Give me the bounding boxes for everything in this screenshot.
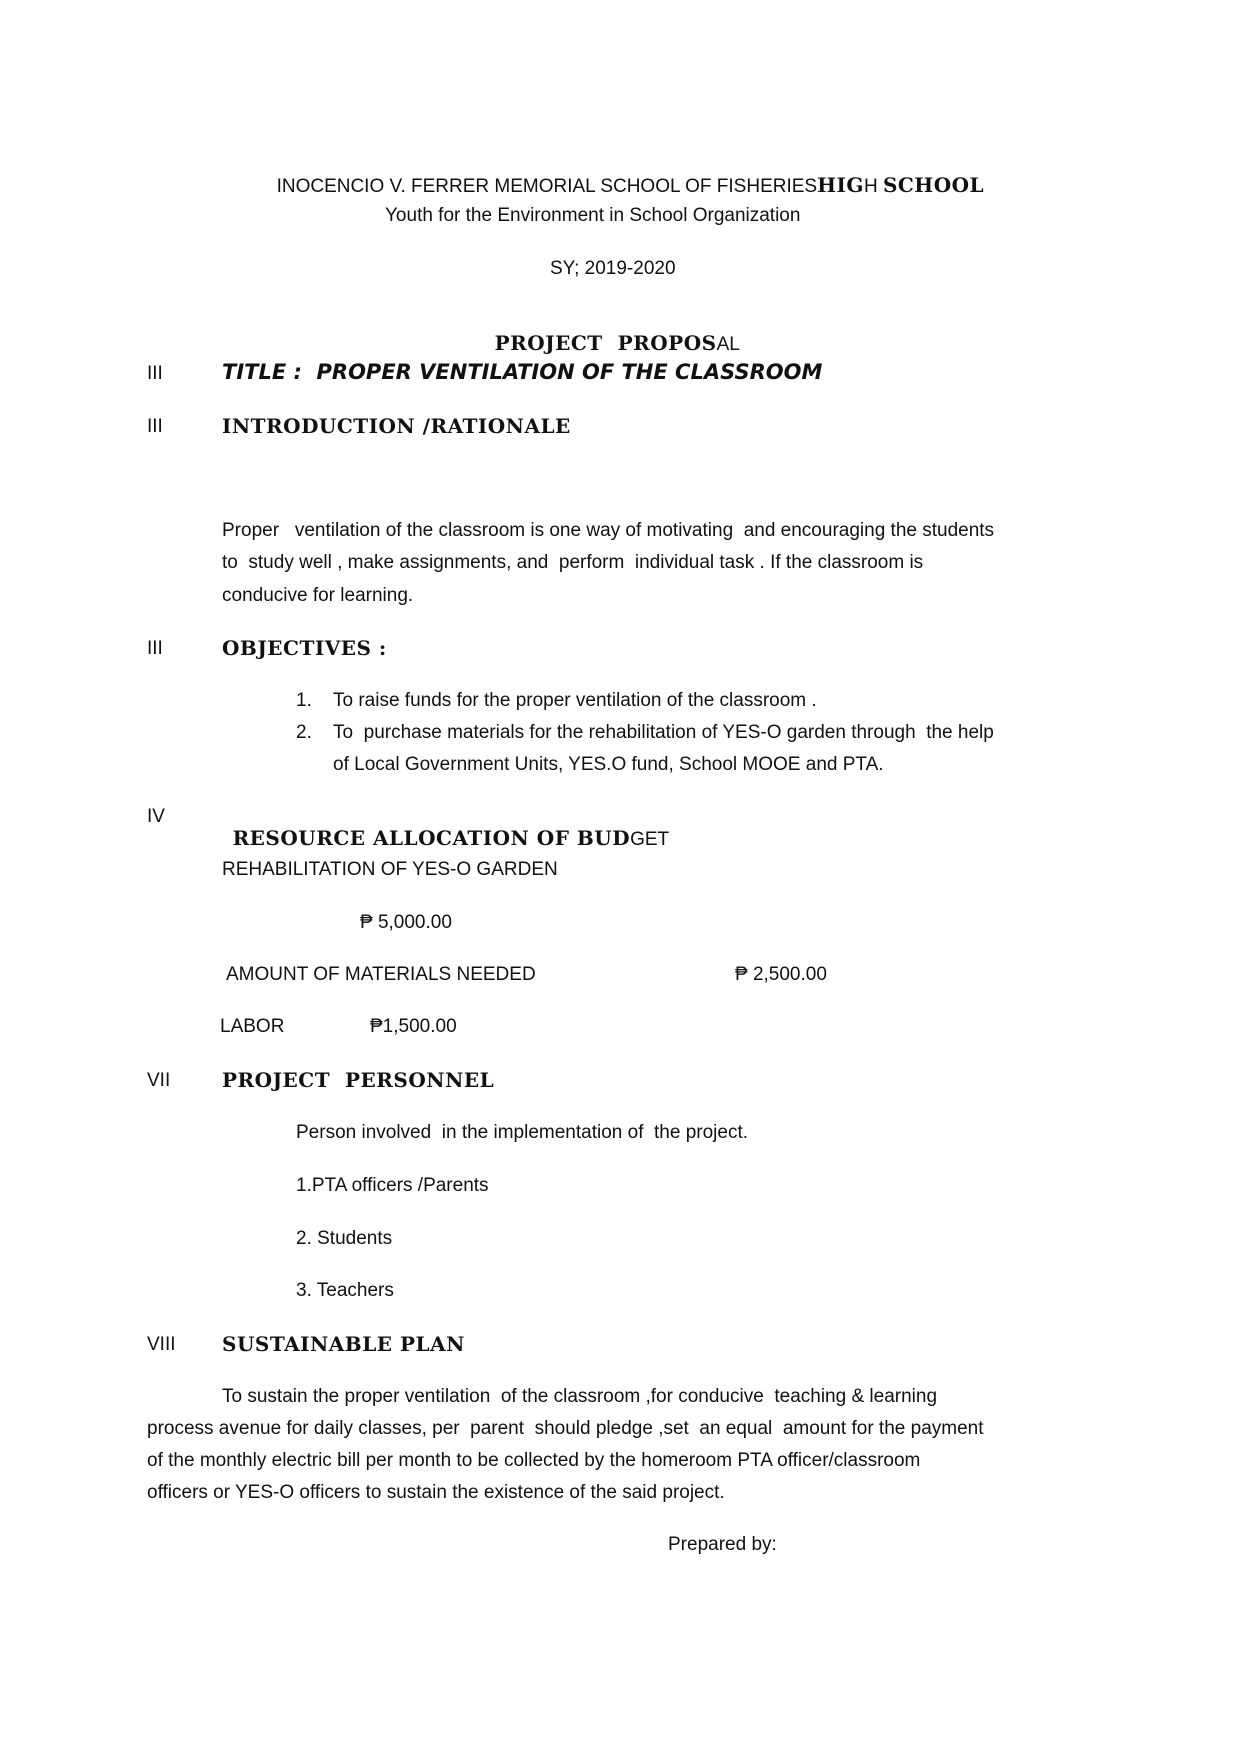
organization-name: Youth for the Environment in School Orga… (385, 205, 800, 227)
school-name-plain2: H (864, 176, 883, 197)
school-year: SY; 2019-2020 (550, 258, 676, 280)
intro-line: to study well , make assignments, and pe… (222, 552, 923, 574)
objective-number: 2. (296, 722, 312, 744)
personnel-item: 2. Students (296, 1228, 392, 1250)
section-heading-budget: RESOURCE ALLOCATION OF BUDGET (222, 805, 669, 851)
document-type-bold: PROJECT PROPOS (495, 331, 717, 355)
section-heading-objectives: OBJECTIVES : (222, 637, 387, 659)
budget-heading-bold: RESOURCE ALLOCATION OF BUD (233, 826, 631, 850)
school-name-plain: INOCENCIO V. FERRER MEMORIAL SCHOOL OF F… (277, 176, 818, 197)
sustainable-line: officers or YES-O officers to sustain th… (147, 1482, 725, 1504)
project-title: TITLE : PROPER VENTILATION OF THE CLASSR… (222, 361, 822, 383)
budget-rehab-label: REHABILITATION OF YES-O GARDEN (222, 859, 558, 881)
budget-labor-amount: ₱1,500.00 (370, 1016, 457, 1038)
document-type-plain: AL (717, 334, 740, 355)
sustainable-line: process avenue for daily classes, per pa… (147, 1418, 984, 1440)
school-name-bold2: SCHOOL (883, 173, 984, 197)
budget-labor-label: LABOR (220, 1016, 284, 1038)
section-numeral: III (147, 416, 163, 438)
budget-heading-plain: GET (630, 829, 669, 850)
personnel-item: 3. Teachers (296, 1280, 394, 1302)
intro-line: Proper ventilation of the classroom is o… (222, 520, 994, 542)
sustainable-line: To sustain the proper ventilation of the… (222, 1386, 937, 1408)
personnel-intro: Person involved in the implementation of… (296, 1122, 748, 1144)
intro-line: conducive for learning. (222, 585, 413, 607)
section-numeral: IV (147, 806, 165, 828)
objective-number: 1. (296, 690, 312, 712)
budget-materials-label: AMOUNT OF MATERIALS NEEDED (226, 964, 536, 986)
budget-materials-amount: ₱ 2,500.00 (735, 964, 827, 986)
prepared-by-label: Prepared by: (668, 1534, 777, 1556)
section-numeral: VII (147, 1070, 170, 1092)
section-numeral: VIII (147, 1334, 176, 1356)
objective-item: of Local Government Units, YES.O fund, S… (333, 754, 884, 776)
budget-rehab-amount: ₱ 5,000.00 (360, 912, 452, 934)
school-name: INOCENCIO V. FERRER MEMORIAL SCHOOL OF F… (266, 152, 984, 198)
section-heading-sustainable: SUSTAINABLE PLAN (222, 1333, 465, 1355)
sustainable-line: of the monthly electric bill per month t… (147, 1450, 920, 1472)
objective-item: To raise funds for the proper ventilatio… (333, 690, 817, 712)
document-type: PROJECT PROPOSAL (484, 310, 740, 356)
personnel-item: 1.PTA officers /Parents (296, 1175, 489, 1197)
school-name-bold: HIG (817, 173, 864, 197)
objective-item: To purchase materials for the rehabilita… (333, 722, 994, 744)
section-numeral: III (147, 363, 163, 385)
section-heading-personnel: PROJECT PERSONNEL (222, 1069, 494, 1091)
section-numeral: III (147, 638, 163, 660)
section-heading-introduction: INTRODUCTION /RATIONALE (222, 415, 571, 437)
